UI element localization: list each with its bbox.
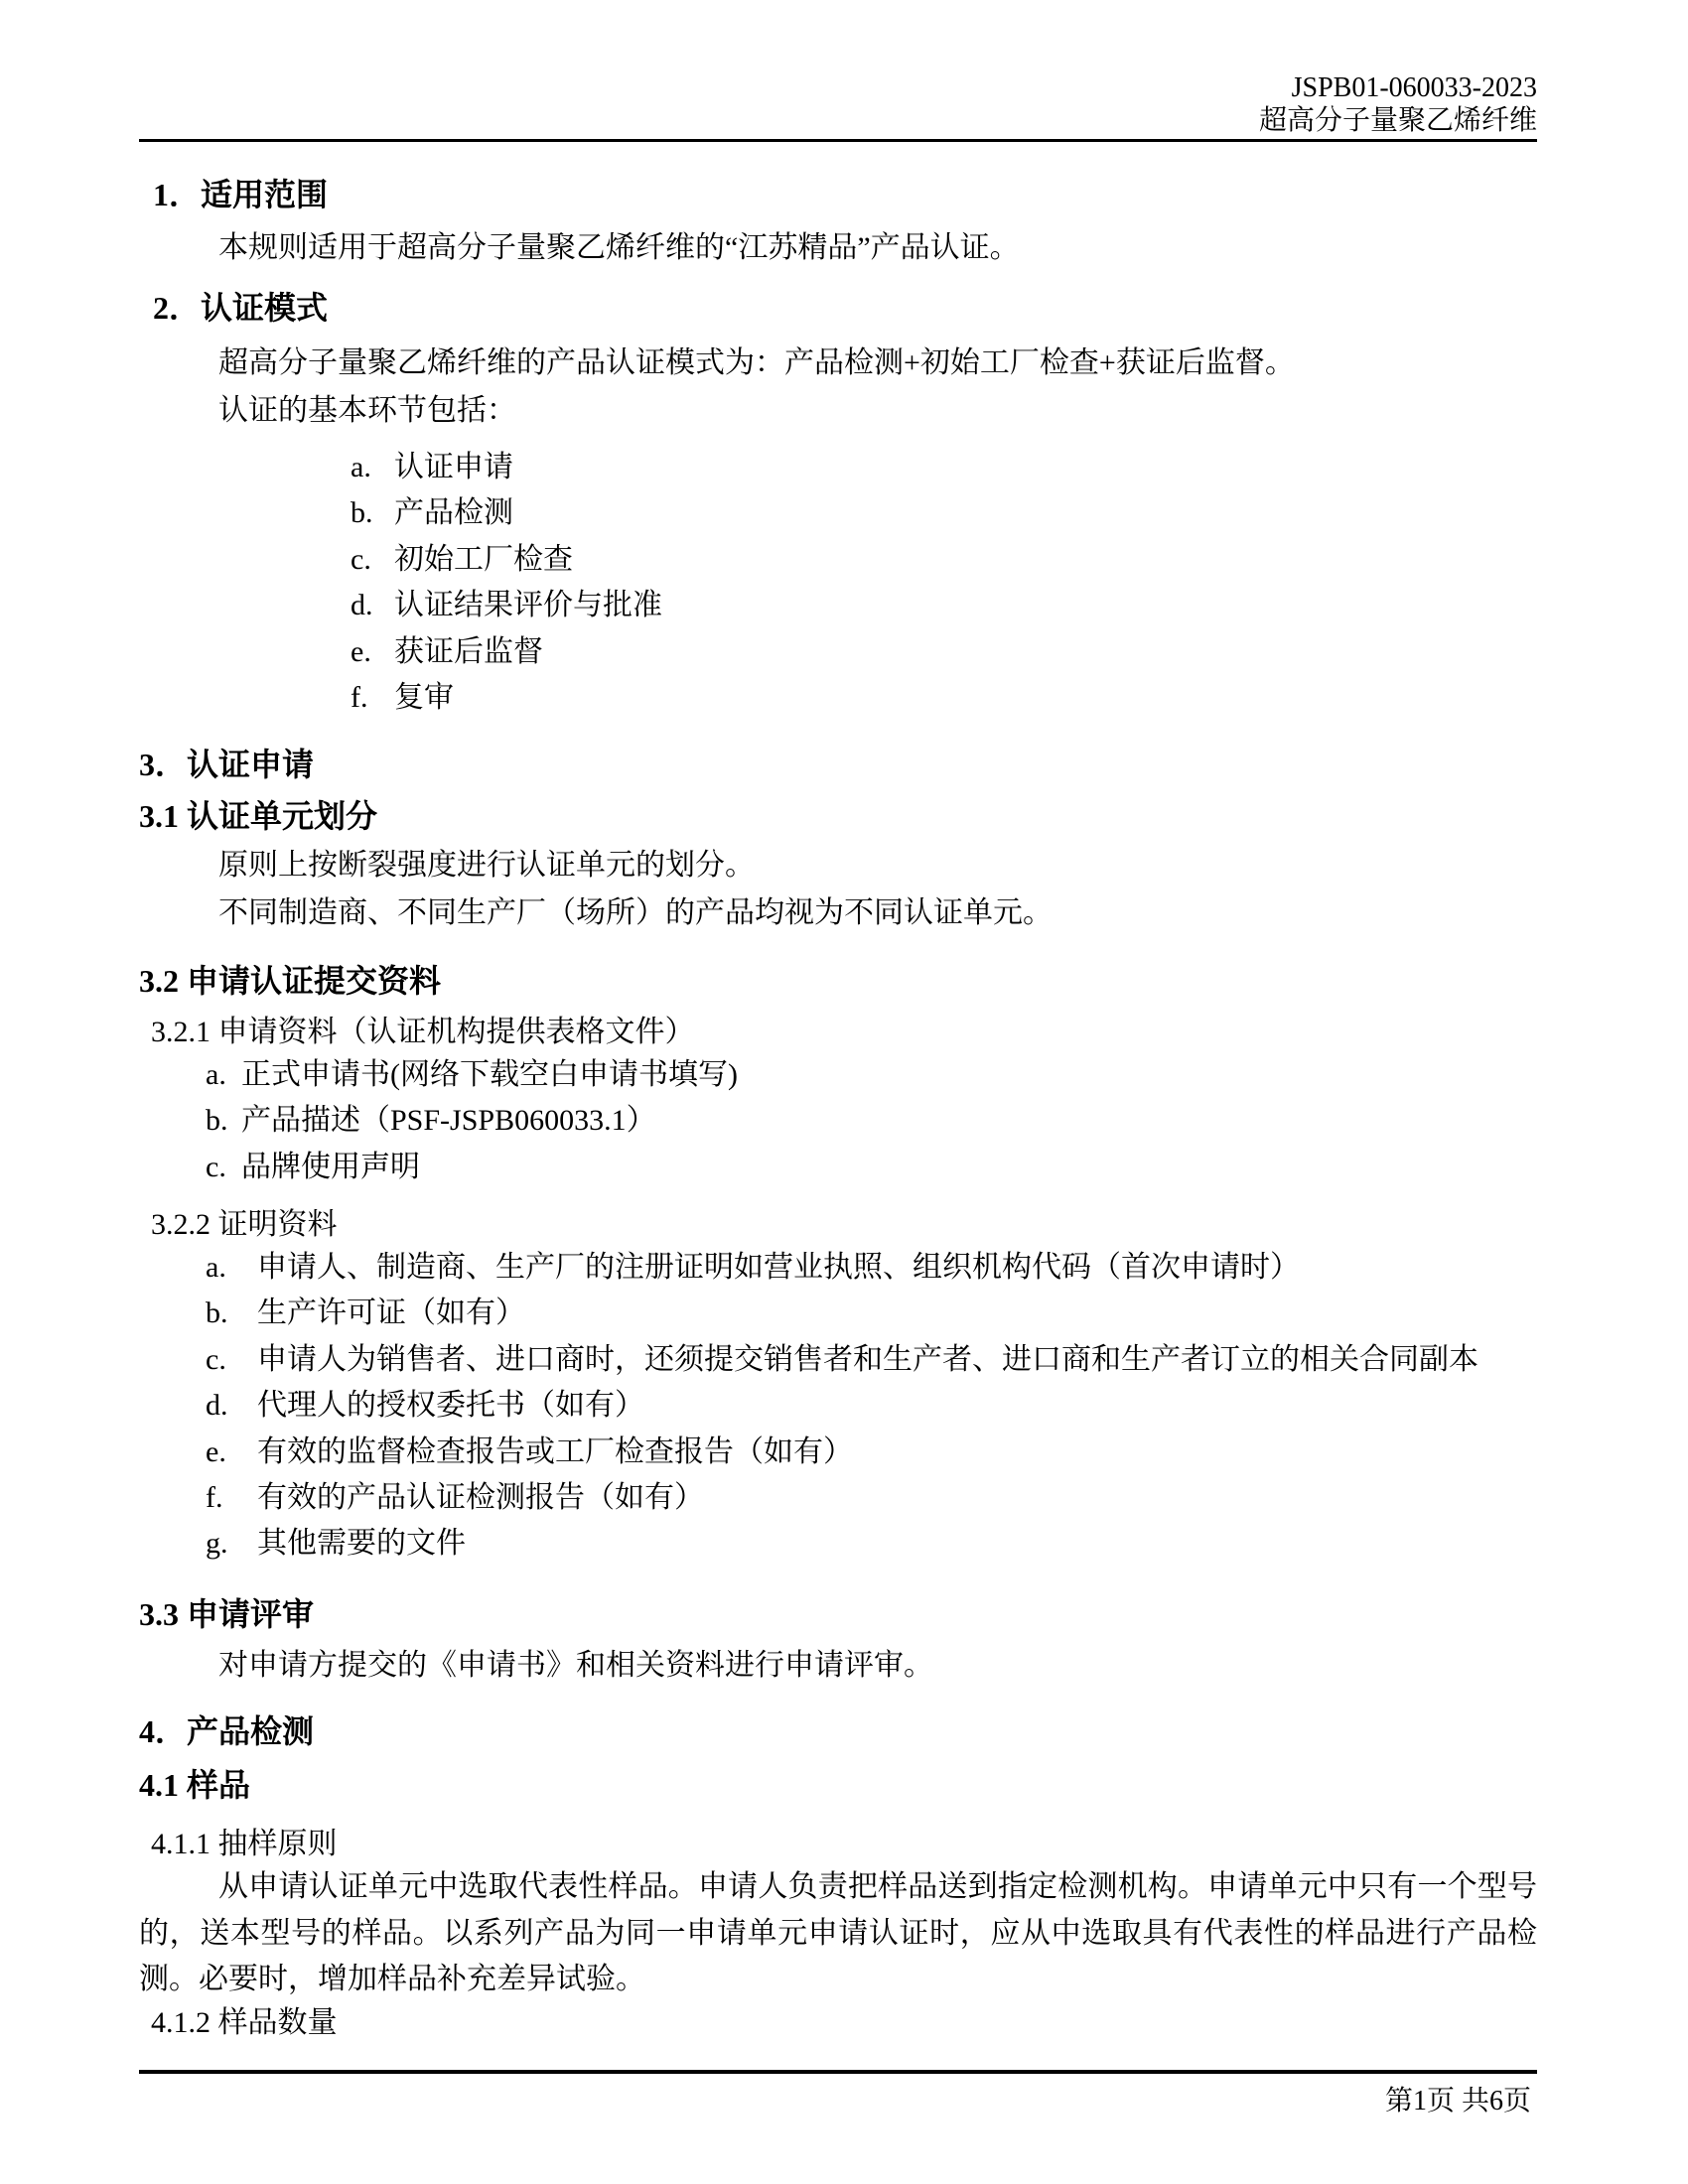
list-item-label: d. [206, 1383, 257, 1429]
list-item: c.品牌使用声明 [139, 1145, 1537, 1190]
list-item-label: g. [206, 1521, 257, 1567]
certification-steps-list: a.认证申请 b.产品检测 c.初始工厂检查 d.认证结果评价与批准 e.获证后… [139, 445, 1537, 721]
list-item-text: 认证结果评价与批准 [394, 583, 662, 628]
section-3-1-body-1: 原则上按断裂强度进行认证单元的划分。 [139, 846, 1617, 886]
list-item-text: 产品描述（PSF-JSPB060033.1） [241, 1098, 656, 1144]
doc-code: JSPB01-060033-2023 [1259, 71, 1537, 104]
list-item-label: b. [351, 490, 394, 536]
section-2-mode-line: 超高分子量聚乙烯纤维的产品认证模式为：产品检测+初始工厂检查+获证后监督。 [139, 343, 1617, 383]
list-item-text: 获证后监督 [394, 629, 543, 675]
section-3-1-heading: 3.1 认证单元划分 [139, 796, 1537, 836]
section-2-heading: 2．认证模式 [139, 288, 1551, 328]
section-4-1-heading: 4.1 样品 [139, 1765, 1537, 1805]
list-item-label: d. [351, 583, 394, 628]
list-item-text: 正式申请书(网络下载空白申请书填写) [241, 1052, 738, 1098]
header-rule [139, 139, 1537, 142]
list-item-text: 其他需要的文件 [257, 1521, 466, 1567]
section-3-2-2-heading: 3.2.2 证明资料 [139, 1205, 1549, 1245]
section-4-heading: 4．产品检测 [139, 1711, 1537, 1751]
section-3-1-body-2: 不同制造商、不同生产厂（场所）的产品均视为不同认证单元。 [139, 893, 1617, 933]
list-item-text: 申请人、制造商、生产厂的注册证明如营业执照、组织机构代码（首次申请时） [257, 1245, 1300, 1291]
list-item: b.产品检测 [139, 490, 1537, 536]
list-item: f.有效的产品认证检测报告（如有） [139, 1475, 1537, 1521]
section-3-3-heading: 3.3 申请评审 [139, 1594, 1537, 1634]
list-item-label: b. [206, 1098, 241, 1144]
list-item: b.产品描述（PSF-JSPB060033.1） [139, 1098, 1537, 1144]
list-item-text: 生产许可证（如有） [257, 1291, 525, 1336]
doc-title: 超高分子量聚乙烯纤维 [1259, 104, 1537, 137]
document-page: JSPB01-060033-2023 超高分子量聚乙烯纤维 1．适用范围 本规则… [0, 0, 1688, 2184]
list-item-text: 申请人为销售者、进口商时，还须提交销售者和生产者、进口商和生产者订立的相关合同副… [257, 1337, 1478, 1383]
list-item: g.其他需要的文件 [139, 1521, 1537, 1567]
list-item: c.申请人为销售者、进口商时，还须提交销售者和生产者、进口商和生产者订立的相关合… [139, 1337, 1537, 1383]
section-4-1-1-heading: 4.1.1 抽样原则 [139, 1825, 1549, 1864]
list-item-text: 代理人的授权委托书（如有） [257, 1383, 644, 1429]
list-item-label: e. [351, 629, 394, 675]
list-item: a.正式申请书(网络下载空白申请书填写) [139, 1052, 1537, 1098]
list-item: f.复审 [139, 675, 1537, 721]
list-item-label: e. [206, 1430, 257, 1475]
section-1-heading: 1．适用范围 [139, 175, 1551, 214]
list-item-label: c. [206, 1145, 241, 1190]
list-item-text: 复审 [394, 675, 454, 721]
list-item-label: c. [206, 1337, 257, 1383]
list-item-label: a. [206, 1245, 257, 1291]
list-item: e.获证后监督 [139, 629, 1537, 675]
list-item: a.认证申请 [139, 445, 1537, 490]
application-documents-list: a.正式申请书(网络下载空白申请书填写) b.产品描述（PSF-JSPB0600… [139, 1052, 1537, 1190]
list-item-text: 初始工厂检查 [394, 537, 573, 583]
list-item-text: 有效的产品认证检测报告（如有） [257, 1475, 704, 1521]
section-4-1-2-heading: 4.1.2 样品数量 [139, 2003, 1549, 2043]
list-item: a.申请人、制造商、生产厂的注册证明如营业执照、组织机构代码（首次申请时） [139, 1245, 1537, 1291]
list-item-label: a. [351, 445, 394, 490]
list-item-text: 认证申请 [394, 445, 513, 490]
list-item-label: f. [351, 675, 394, 721]
list-item-text: 有效的监督检查报告或工厂检查报告（如有） [257, 1430, 853, 1475]
page-number: 第1页 共6页 [1385, 2079, 1531, 2118]
list-item-label: b. [206, 1291, 257, 1336]
proof-documents-list: a.申请人、制造商、生产厂的注册证明如营业执照、组织机构代码（首次申请时） b.… [139, 1245, 1537, 1568]
section-3-2-1-heading: 3.2.1 申请资料（认证机构提供表格文件） [139, 1013, 1549, 1052]
list-item-text: 品牌使用声明 [241, 1145, 420, 1190]
list-item-text: 产品检测 [394, 490, 513, 536]
section-3-3-body: 对申请方提交的《申请书》和相关资料进行申请评审。 [139, 1646, 1617, 1686]
list-item: b.生产许可证（如有） [139, 1291, 1537, 1336]
list-item-label: c. [351, 537, 394, 583]
section-2-steps-intro: 认证的基本环节包括： [139, 391, 1617, 431]
section-3-heading: 3．认证申请 [139, 745, 1537, 784]
list-item: d.代理人的授权委托书（如有） [139, 1383, 1537, 1429]
list-item-label: a. [206, 1052, 241, 1098]
list-item: d.认证结果评价与批准 [139, 583, 1537, 628]
section-3-2-heading: 3.2 申请认证提交资料 [139, 961, 1537, 1001]
footer-rule [139, 2070, 1537, 2074]
list-item: c.初始工厂检查 [139, 537, 1537, 583]
page-header: JSPB01-060033-2023 超高分子量聚乙烯纤维 [1259, 71, 1537, 137]
section-1-body: 本规则适用于超高分子量聚乙烯纤维的“江苏精品”产品认证。 [139, 228, 1617, 268]
list-item-label: f. [206, 1475, 257, 1521]
section-4-1-1-body: 从申请认证单元中选取代表性样品。申请人负责把样品送到指定检测机构。申请单元中只有… [139, 1864, 1537, 2003]
list-item: e.有效的监督检查报告或工厂检查报告（如有） [139, 1430, 1537, 1475]
